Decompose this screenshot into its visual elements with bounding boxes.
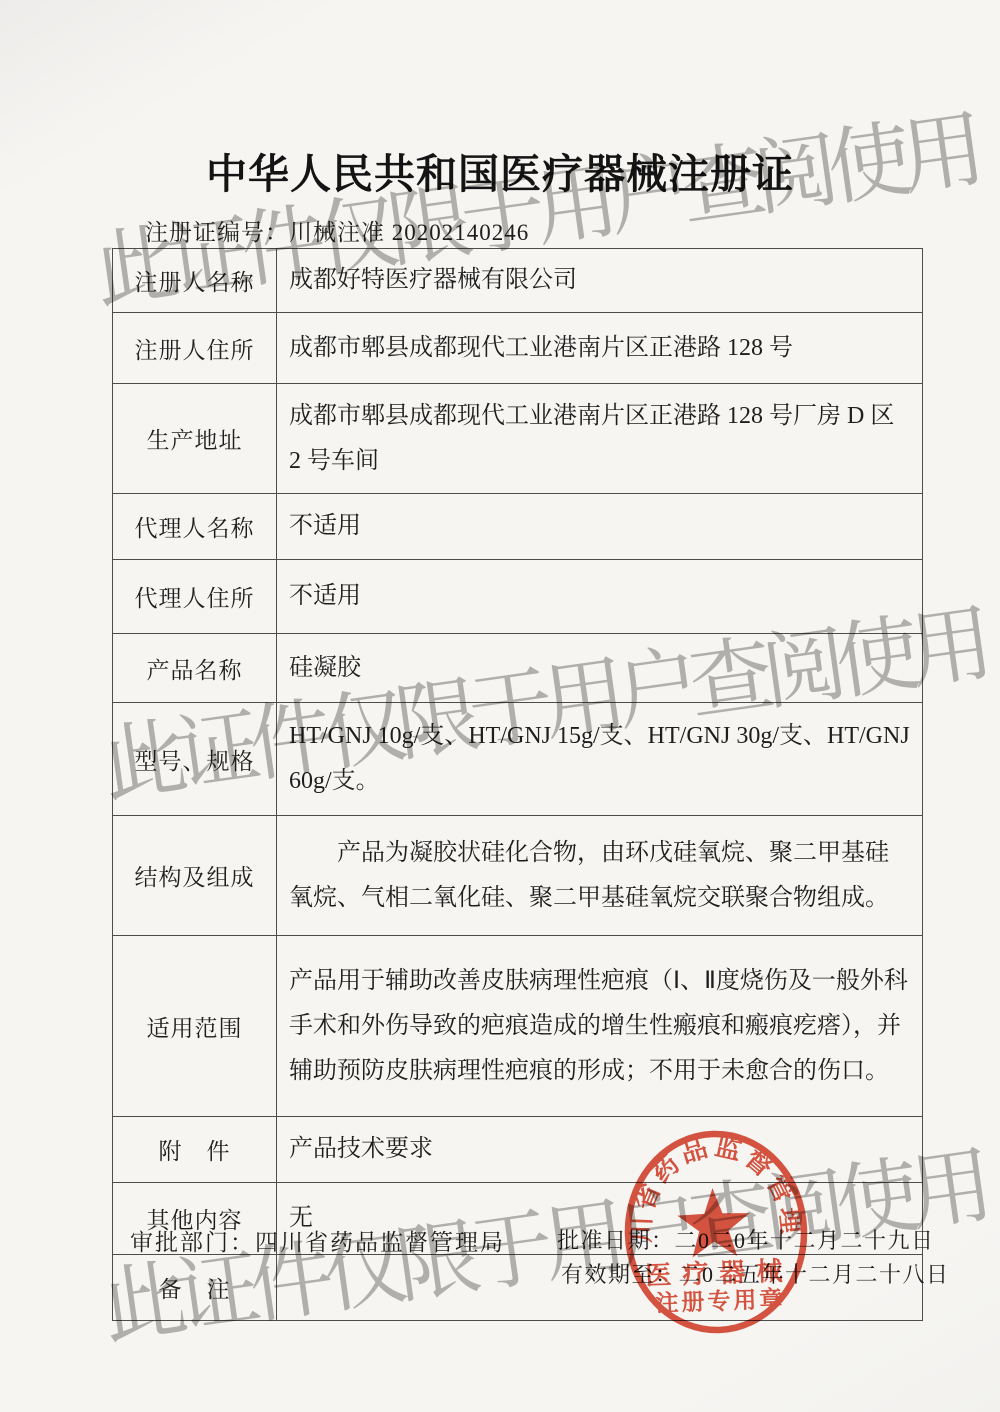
field-label: 代理人名称: [113, 494, 277, 560]
field-value: 不适用: [277, 494, 923, 560]
approval-department-label: 审批部门：: [130, 1230, 255, 1255]
table-row: 产品名称 硅凝胶: [113, 634, 923, 703]
table-row: 代理人名称 不适用: [113, 494, 923, 560]
field-value: 成都市郫县成都现代工业港南片区正港路 128 号: [277, 313, 923, 384]
field-label: 备 注: [113, 1255, 277, 1321]
field-value: 产品为凝胶状硅化合物，由环戊硅氧烷、聚二甲基硅氧烷、气相二氧化硅、聚二甲基硅氧烷…: [277, 816, 923, 936]
field-label: 注册人名称: [113, 249, 277, 313]
field-label: 附 件: [113, 1117, 277, 1183]
field-label: 代理人住所: [113, 560, 277, 634]
certificate-number-label: 注册证编号：: [145, 220, 289, 245]
field-value: 成都市郫县成都现代工业港南片区正港路 128 号厂房 D 区 2 号车间: [277, 384, 923, 494]
table-row: 型号、规格 HT/GNJ 10g/支、HT/GNJ 15g/支、HT/GNJ 3…: [113, 703, 923, 816]
field-value: 产品技术要求: [277, 1117, 923, 1183]
table-row: 结构及组成 产品为凝胶状硅化合物，由环戊硅氧烷、聚二甲基硅氧烷、气相二氧化硅、聚…: [113, 816, 923, 936]
certificate-number: 注册证编号：川械注准 20202140246: [145, 214, 529, 247]
table-row: 生产地址 成都市郫县成都现代工业港南片区正港路 128 号厂房 D 区 2 号车…: [113, 384, 923, 494]
field-label: 生产地址: [113, 384, 277, 494]
page-title: 中华人民共和国医疗器械注册证: [0, 141, 1000, 200]
certificate-number-value: 川械注准 20202140246: [289, 220, 529, 245]
certificate-page: 此证件仅限于用户查阅使用 此证件仅限于用户查阅使用 此证件仅限于用户查阅使用 中…: [0, 0, 1000, 1412]
field-label: 注册人住所: [113, 313, 277, 384]
seal-star-icon: [676, 1187, 751, 1258]
field-value: 硅凝胶: [277, 634, 923, 703]
table-row: 注册人名称 成都好特医疗器械有限公司: [113, 249, 923, 313]
field-label: 型号、规格: [113, 703, 277, 816]
table-row: 代理人住所 不适用: [113, 560, 923, 634]
approval-department: 审批部门：四川省药品监督管理局: [130, 1224, 505, 1257]
field-value: 不适用: [277, 560, 923, 634]
table-row: 适用范围 产品用于辅助改善皮肤病理性疤痕（Ⅰ、Ⅱ度烧伤及一般外科手术和外伤导致的…: [113, 936, 923, 1117]
field-value: HT/GNJ 10g/支、HT/GNJ 15g/支、HT/GNJ 30g/支、H…: [277, 703, 923, 816]
approval-department-value: 四川省药品监督管理局: [255, 1230, 505, 1255]
table-row: 注册人住所 成都市郫县成都现代工业港南片区正港路 128 号: [113, 313, 923, 384]
seal-line2-text: 注册专用章: [655, 1286, 786, 1317]
field-label: 适用范围: [113, 936, 277, 1117]
field-label: 结构及组成: [113, 816, 277, 936]
official-seal-stamp: 四川省药品监督管理局 医疗器械 注册专用章: [602, 1098, 831, 1366]
field-value: 产品用于辅助改善皮肤病理性疤痕（Ⅰ、Ⅱ度烧伤及一般外科手术和外伤导致的疤痕造成的…: [277, 936, 923, 1117]
field-label: 产品名称: [113, 634, 277, 703]
field-value: 成都好特医疗器械有限公司: [277, 249, 923, 313]
